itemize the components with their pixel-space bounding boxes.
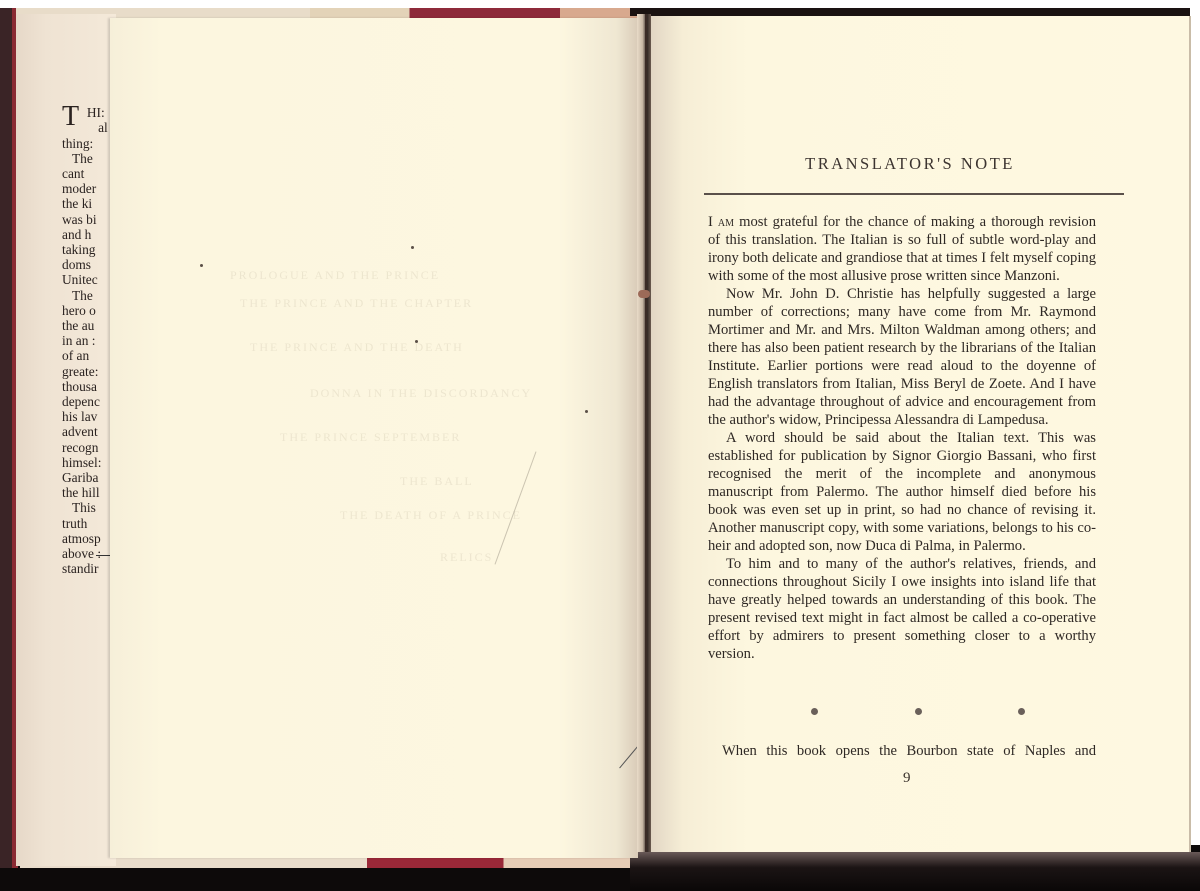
flap-line: atmosp bbox=[62, 531, 101, 546]
paragraph-2: Now Mr. John D. Christie has helpfully s… bbox=[708, 285, 1096, 429]
flap-line: his lav bbox=[62, 409, 97, 424]
flap-line: himsel: bbox=[62, 455, 101, 470]
show-through-text: THE DEATH OF A PRINCE bbox=[340, 508, 522, 523]
paper-speck bbox=[411, 246, 414, 249]
show-through-text: RELICS bbox=[440, 550, 493, 565]
separator-dot bbox=[915, 708, 922, 715]
paragraph-text: most grateful for the chance of making a… bbox=[708, 214, 1096, 284]
flap-line: the ki bbox=[62, 196, 92, 211]
flap-line: of an bbox=[62, 348, 89, 363]
show-through-text: THE PRINCE SEPTEMBER bbox=[280, 430, 461, 445]
flap-line: Gariba bbox=[62, 470, 98, 485]
flap-line: thing: bbox=[62, 136, 93, 151]
right-page-bottom-shadow bbox=[630, 852, 1200, 891]
separator-dot bbox=[1018, 708, 1025, 715]
show-through-text: THE BALL bbox=[400, 474, 474, 489]
flap-line: taking bbox=[62, 242, 95, 257]
flap-line: cant bbox=[62, 166, 84, 181]
paper-speck bbox=[200, 264, 203, 267]
flap-line: and h bbox=[62, 227, 91, 242]
flap-line: advent bbox=[62, 424, 98, 439]
translator-note-body: I am most grateful for the chance of mak… bbox=[708, 213, 1096, 663]
binding-thread bbox=[638, 290, 650, 298]
paragraph-lead: I am bbox=[708, 214, 734, 230]
flap-line: hero o bbox=[62, 303, 96, 318]
flap-line: depenc bbox=[62, 394, 100, 409]
left-blank-page: PROLOGUE AND THE PRINCE THE PRINCE AND T… bbox=[110, 18, 638, 858]
page-number: 9 bbox=[903, 770, 911, 787]
book-gutter bbox=[637, 14, 651, 852]
flap-line: doms bbox=[62, 257, 91, 272]
show-through-text: DONNA IN THE DISCORDANCY bbox=[310, 386, 532, 401]
flap-line: This bbox=[62, 500, 96, 515]
paragraph-3: A word should be said about the Italian … bbox=[708, 429, 1096, 555]
flap-dash bbox=[96, 555, 110, 556]
section-separator bbox=[700, 708, 1120, 720]
flap-line: standir bbox=[62, 561, 98, 576]
flap-line: the au bbox=[62, 318, 94, 333]
flap-line: greate: bbox=[62, 364, 98, 379]
chapter-heading: TRANSLATOR'S NOTE bbox=[700, 154, 1120, 174]
flap-line: moder bbox=[62, 181, 96, 196]
paragraph-1: I am most grateful for the chance of mak… bbox=[708, 213, 1096, 285]
separator-dot bbox=[811, 708, 818, 715]
flap-line: The bbox=[62, 288, 93, 303]
paper-speck bbox=[585, 410, 588, 413]
show-through-text: THE PRINCE AND THE CHAPTER bbox=[240, 296, 473, 311]
flap-line: was bi bbox=[62, 212, 97, 227]
flap-line: al bbox=[80, 120, 108, 135]
continuation-line: When this book opens the Bourbon state o… bbox=[722, 743, 1096, 760]
flap-line: HI: bbox=[87, 105, 105, 120]
flap-line: recogn bbox=[62, 440, 98, 455]
right-page-top-shadow bbox=[630, 8, 1190, 16]
paper-speck bbox=[415, 340, 418, 343]
flap-line: Unitec bbox=[62, 272, 98, 287]
flap-line: The bbox=[62, 151, 93, 166]
flap-line: truth bbox=[62, 516, 87, 531]
show-through-text: PROLOGUE AND THE PRINCE bbox=[230, 268, 440, 283]
flap-line: the hill bbox=[62, 485, 100, 500]
paragraph-4: To him and to many of the author's relat… bbox=[708, 555, 1096, 663]
flap-line: in an : bbox=[62, 333, 95, 348]
show-through-text: THE PRINCE AND THE DEATH bbox=[250, 340, 464, 355]
flap-line: thousa bbox=[62, 379, 97, 394]
flap-line: above : bbox=[62, 546, 101, 561]
flap-dropcap: T bbox=[62, 105, 79, 129]
gutter-line bbox=[645, 14, 647, 852]
heading-rule bbox=[704, 193, 1124, 195]
